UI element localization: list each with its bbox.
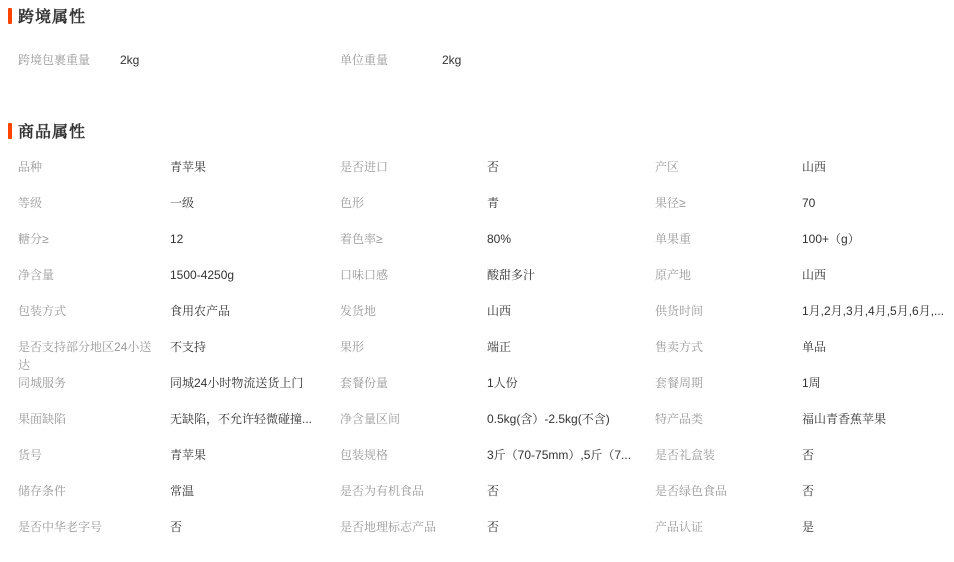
attr-value: 2kg [442, 51, 647, 69]
attr-cell: 是否地理标志产品 否 [340, 518, 655, 554]
attr-value: 1500-4250g [170, 266, 332, 284]
attr-value: 端正 [487, 338, 647, 356]
attr-value: 1周 [802, 374, 946, 392]
attr-label: 是否绿色食品 [655, 482, 802, 500]
section-product-attributes: 商品属性 品种 青苹果 是否进口 否 产区 山西 等级 一级 色形 青 果径≥ … [8, 122, 954, 554]
attr-value: 山西 [802, 266, 946, 284]
attr-value: 单品 [802, 338, 946, 356]
attr-cell: 是否中华老字号 否 [18, 518, 340, 554]
attr-label: 是否礼盒装 [655, 446, 802, 464]
attr-label: 果形 [340, 338, 487, 356]
attr-cell: 是否进口 否 [340, 158, 655, 194]
attr-label: 包装方式 [18, 302, 170, 320]
attr-value: 食用农产品 [170, 302, 332, 320]
attr-value: 否 [802, 482, 946, 500]
attr-cell: 产区 山西 [655, 158, 954, 194]
attr-cell: 单位重量 2kg [340, 51, 655, 87]
attr-value: 100+（g） [802, 230, 946, 248]
attr-value: 常温 [170, 482, 332, 500]
attr-cell: 净含量区间 0.5kg(含）-2.5kg(不含) [340, 410, 655, 446]
attr-label: 果径≥ [655, 194, 802, 212]
attr-value: 70 [802, 194, 946, 212]
attr-label: 产品认证 [655, 518, 802, 536]
attr-cell: 等级 一级 [18, 194, 340, 230]
attr-label: 单果重 [655, 230, 802, 248]
attr-label: 同城服务 [18, 374, 170, 392]
attr-value: 不支持 [170, 338, 332, 356]
attr-value: 否 [170, 518, 332, 536]
attr-value: 山西 [802, 158, 946, 176]
attr-value: 青 [487, 194, 647, 212]
attr-value: 否 [487, 482, 647, 500]
attr-cell: 是否礼盒装 否 [655, 446, 954, 482]
attr-grid: 品种 青苹果 是否进口 否 产区 山西 等级 一级 色形 青 果径≥ 70 糖分… [18, 139, 954, 554]
accent-bar-icon [8, 8, 12, 24]
attr-label: 发货地 [340, 302, 487, 320]
attr-cell: 套餐周期 1周 [655, 374, 954, 410]
attr-value: 青苹果 [170, 446, 332, 464]
attr-label: 是否为有机食品 [340, 482, 487, 500]
attr-value: 12 [170, 230, 332, 248]
attr-cell: 果面缺陷 无缺陷，不允许轻微碰撞... [18, 410, 340, 446]
attr-label: 果面缺陷 [18, 410, 170, 428]
attr-label: 套餐份量 [340, 374, 487, 392]
attr-label: 色形 [340, 194, 487, 212]
attr-cell: 净含量 1500-4250g [18, 266, 340, 302]
attr-label: 糖分≥ [18, 230, 170, 248]
attr-value: 山西 [487, 302, 647, 320]
attr-cell: 跨境包裹重量 2kg [18, 51, 340, 87]
attr-value: 同城24小时物流送货上门 [170, 374, 332, 392]
attr-cell: 着色率≥ 80% [340, 230, 655, 266]
attr-cell: 同城服务 同城24小时物流送货上门 [18, 374, 340, 410]
attr-cell: 产品认证 是 [655, 518, 954, 554]
attr-label: 包装规格 [340, 446, 487, 464]
attr-cell: 供货时间 1月,2月,3月,4月,5月,6月,... [655, 302, 954, 338]
attr-cell: 糖分≥ 12 [18, 230, 340, 266]
attr-value: 否 [487, 158, 647, 176]
attr-value: 1月,2月,3月,4月,5月,6月,... [802, 302, 946, 320]
section-title: 商品属性 [18, 119, 86, 142]
attr-value: 是 [802, 518, 946, 536]
attr-label: 套餐周期 [655, 374, 802, 392]
attr-label: 口味口感 [340, 266, 487, 284]
attr-value: 2kg [120, 51, 332, 69]
attr-label: 售卖方式 [655, 338, 802, 356]
attr-cell: 储存条件 常温 [18, 482, 340, 518]
attr-label: 原产地 [655, 266, 802, 284]
attr-cell: 特产品类 福山青香蕉苹果 [655, 410, 954, 446]
attr-cell: 包装规格 3斤（70-75mm）,5斤（7... [340, 446, 655, 482]
attr-cell: 包装方式 食用农产品 [18, 302, 340, 338]
attr-cell: 原产地 山西 [655, 266, 954, 302]
attr-value: 一级 [170, 194, 332, 212]
attr-label: 品种 [18, 158, 170, 176]
attr-value: 无缺陷，不允许轻微碰撞... [170, 410, 332, 428]
attr-label: 产区 [655, 158, 802, 176]
attr-value: 否 [802, 446, 946, 464]
attr-cell: 套餐份量 1人份 [340, 374, 655, 410]
attr-cell: 是否为有机食品 否 [340, 482, 655, 518]
attr-label: 着色率≥ [340, 230, 487, 248]
attr-label: 是否地理标志产品 [340, 518, 487, 536]
section-cross-border: 跨境属性 跨境包裹重量 2kg 单位重量 2kg [8, 7, 954, 87]
attr-value: 福山青香蕉苹果 [802, 410, 946, 428]
section-header: 跨境属性 [8, 7, 954, 24]
attr-cell: 果形 端正 [340, 338, 655, 374]
attr-label: 供货时间 [655, 302, 802, 320]
attr-value: 80% [487, 230, 647, 248]
attr-value: 1人份 [487, 374, 647, 392]
attr-value: 酸甜多汁 [487, 266, 647, 284]
attr-label: 特产品类 [655, 410, 802, 428]
attr-cell: 售卖方式 单品 [655, 338, 954, 374]
accent-bar-icon [8, 123, 12, 139]
attr-value: 否 [487, 518, 647, 536]
attr-value: 0.5kg(含）-2.5kg(不含) [487, 410, 647, 428]
attr-cell: 货号 青苹果 [18, 446, 340, 482]
attr-label: 是否进口 [340, 158, 487, 176]
attr-cell: 品种 青苹果 [18, 158, 340, 194]
attr-label: 净含量 [18, 266, 170, 284]
attr-label: 跨境包裹重量 [18, 51, 120, 69]
attr-cell: 果径≥ 70 [655, 194, 954, 230]
attr-cell: 口味口感 酸甜多汁 [340, 266, 655, 302]
attr-cell: 是否支持部分地区24小送达 不支持 [18, 338, 340, 374]
attr-cell: 发货地 山西 [340, 302, 655, 338]
section-title: 跨境属性 [18, 4, 86, 27]
attr-cell: 是否绿色食品 否 [655, 482, 954, 518]
attr-value: 3斤（70-75mm）,5斤（7... [487, 446, 647, 464]
section-header: 商品属性 [8, 122, 954, 139]
attr-label: 等级 [18, 194, 170, 212]
attr-value: 青苹果 [170, 158, 332, 176]
attr-label: 货号 [18, 446, 170, 464]
attr-label: 净含量区间 [340, 410, 487, 428]
attr-cell: 单果重 100+（g） [655, 230, 954, 266]
attr-label: 是否支持部分地区24小送达 [18, 338, 170, 374]
attr-label: 是否中华老字号 [18, 518, 170, 536]
attr-grid: 跨境包裹重量 2kg 单位重量 2kg [18, 24, 954, 87]
attr-cell: 色形 青 [340, 194, 655, 230]
attr-label: 储存条件 [18, 482, 170, 500]
attr-label: 单位重量 [340, 51, 442, 69]
